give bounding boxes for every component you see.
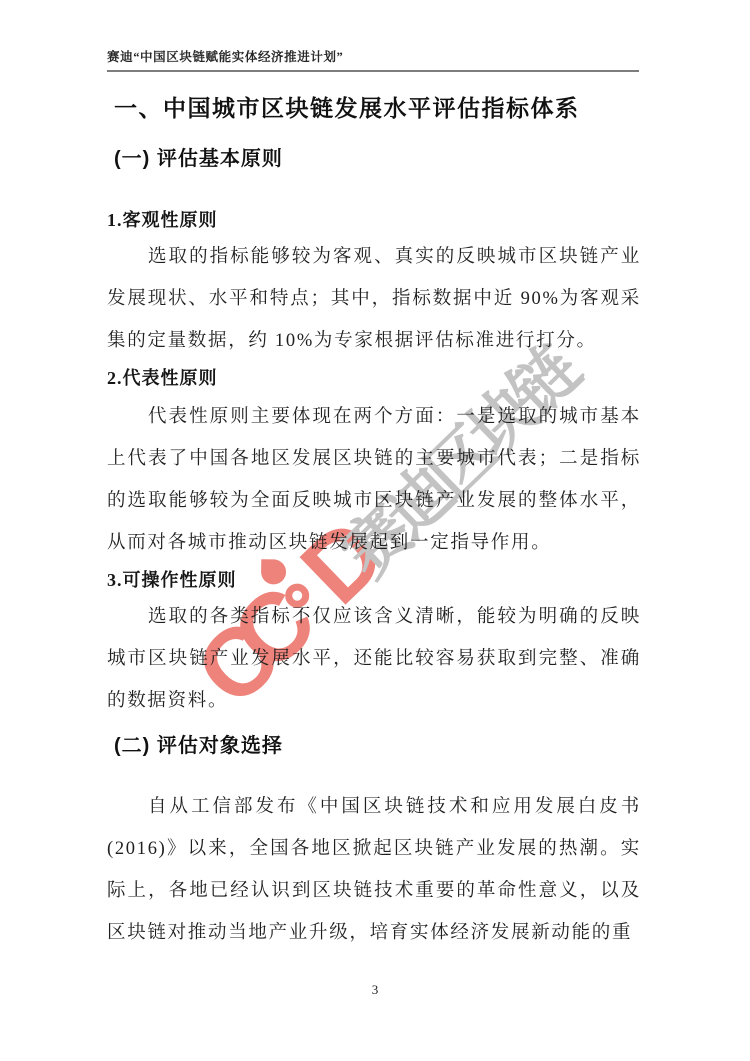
principle-paragraph-2: 代表性原则主要体现在两个方面：一是选取的城市基本上代表了中国各地区发展区块链的主… bbox=[107, 396, 641, 564]
principle-heading-2: 2.代表性原则 bbox=[107, 366, 218, 390]
page-number: 3 bbox=[0, 982, 750, 998]
document-page: CC D 赛迪区块链 赛迪“中国区块链赋能实体经济推进计划” 一、中国城市区块链… bbox=[0, 0, 750, 1061]
header-divider bbox=[107, 70, 639, 72]
section-heading-1: (一) 评估基本原则 bbox=[114, 146, 283, 172]
principle-paragraph-1: 选取的指标能够较为客观、真实的反映城市区块链产业发展现状、水平和特点；其中，指标… bbox=[107, 236, 641, 362]
section-two-paragraph: 自从工信部发布《中国区块链技术和应用发展白皮书(2016)》以来，全国各地区掀起… bbox=[107, 786, 641, 954]
principle-paragraph-3: 选取的各类指标不仅应该含义清晰，能较为明确的反映城市区块链产业发展水平，还能比较… bbox=[107, 596, 641, 722]
principle-heading-3: 3.可操作性原则 bbox=[107, 568, 237, 592]
section-heading-2: (二) 评估对象选择 bbox=[114, 733, 283, 759]
principle-heading-1: 1.客观性原则 bbox=[107, 208, 218, 232]
chapter-title: 一、中国城市区块链发展水平评估指标体系 bbox=[114, 90, 580, 123]
running-header: 赛迪“中国区块链赋能实体经济推进计划” bbox=[107, 47, 343, 65]
